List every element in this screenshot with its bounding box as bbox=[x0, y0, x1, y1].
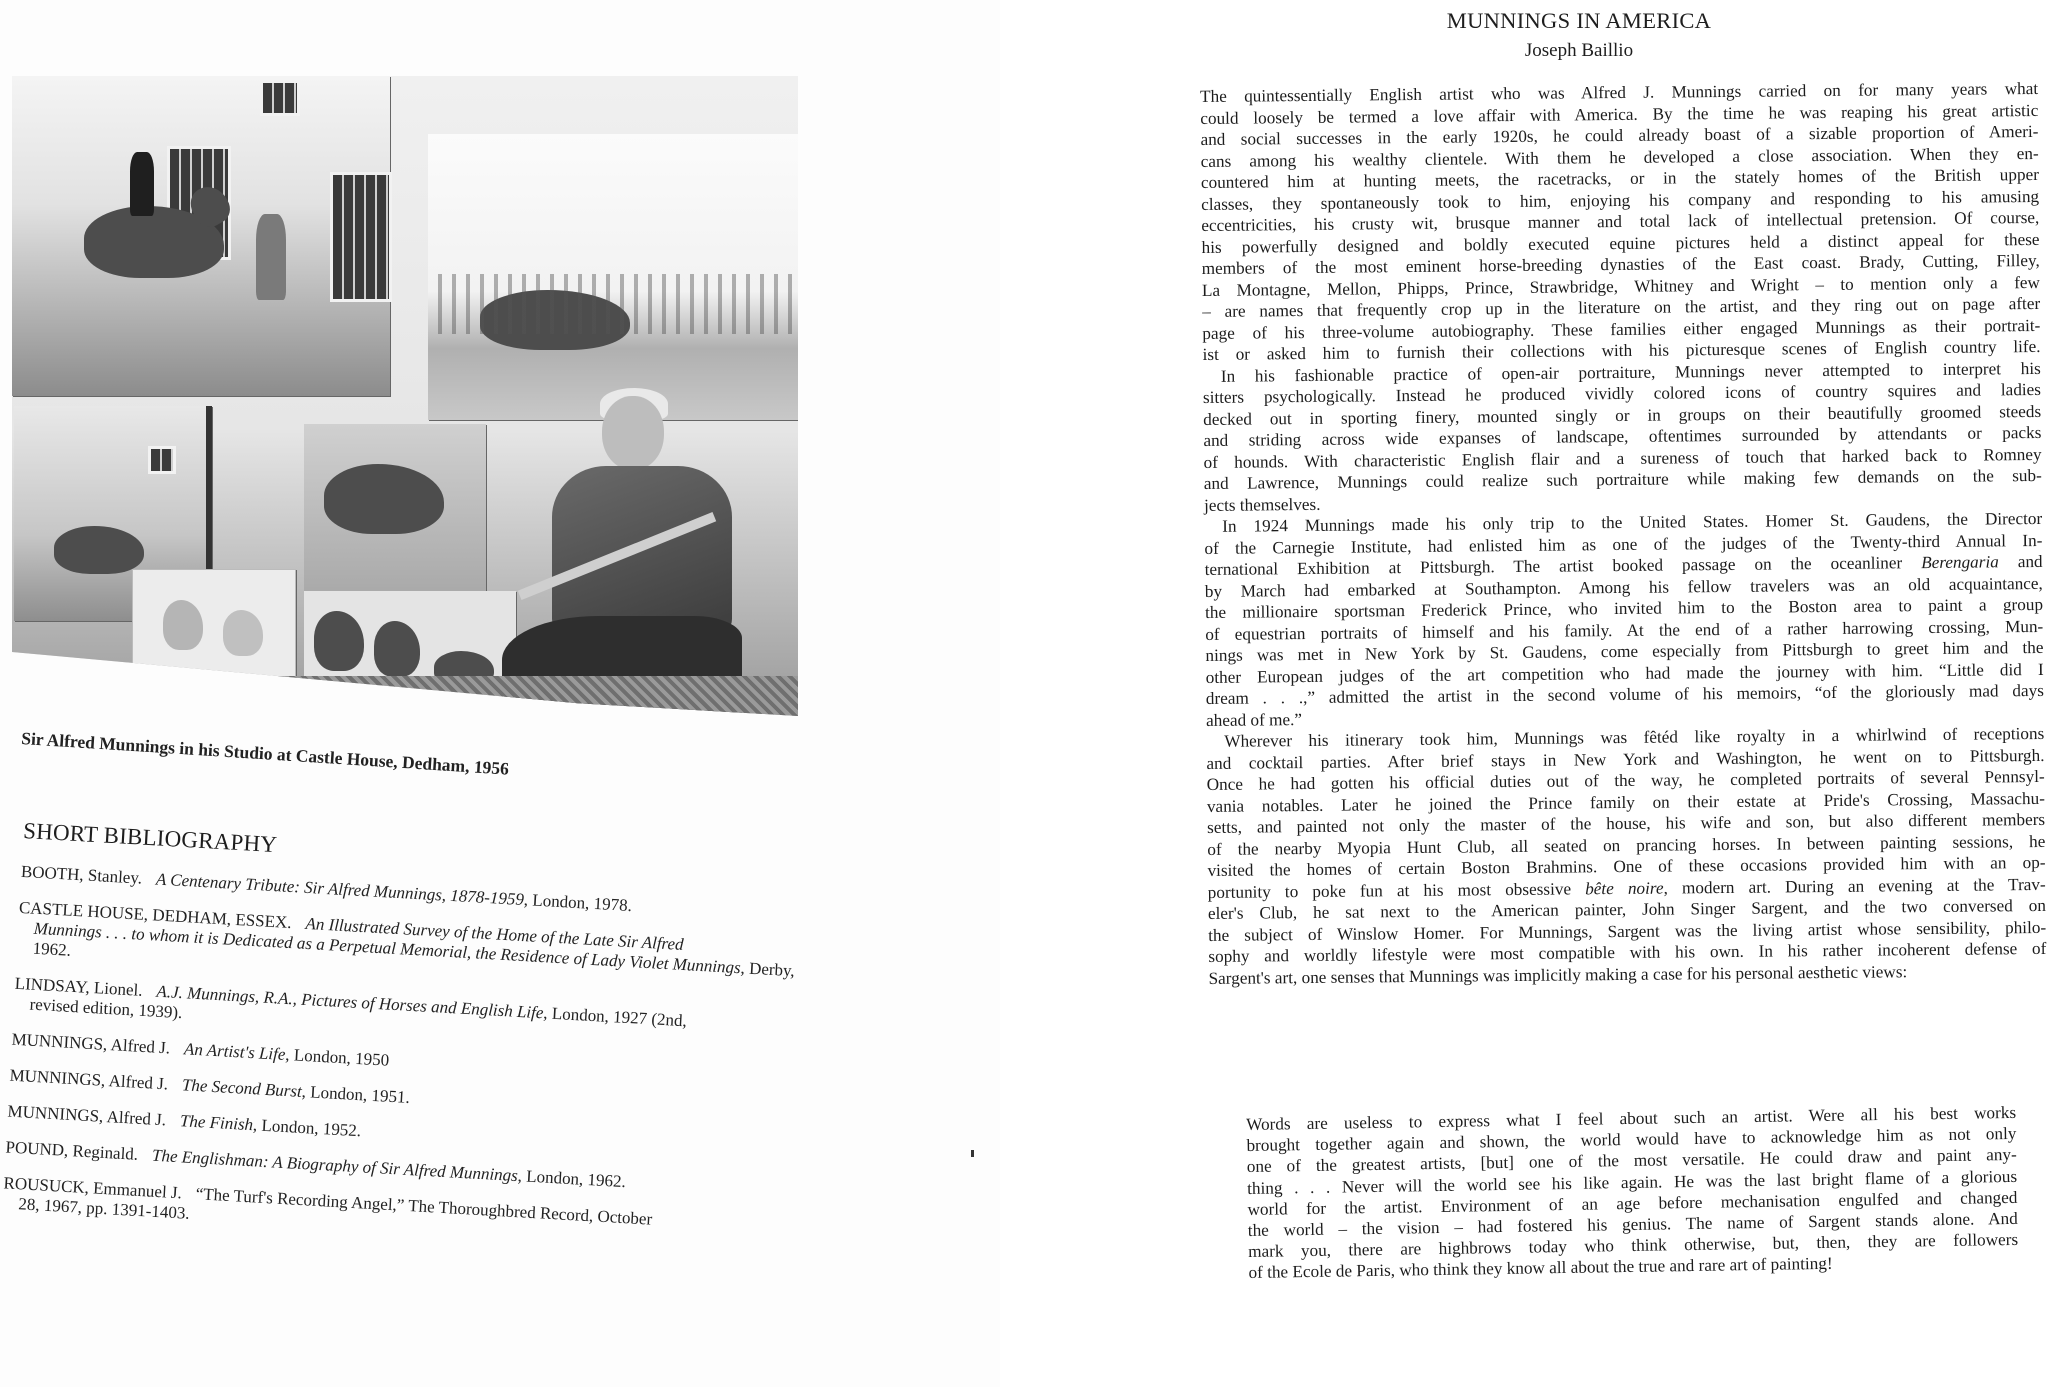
painted-groom bbox=[256, 214, 286, 300]
painted-horse bbox=[324, 464, 444, 534]
block-quote: Words are useless to express what I feel… bbox=[1246, 1102, 2019, 1284]
article-author: Joseph Baillio bbox=[1000, 40, 2048, 62]
entry-publication: , London, 1962. bbox=[517, 1166, 626, 1191]
figure-head bbox=[602, 396, 664, 470]
left-page: Sir Alfred Munnings in his Studio at Cas… bbox=[0, 0, 1000, 1387]
article-body: The quintessentially English artist who … bbox=[1200, 78, 2047, 989]
sketch-horse-heads bbox=[132, 569, 296, 699]
entry-author: MUNNINGS, Alfred J. bbox=[7, 1102, 166, 1130]
painted-window bbox=[260, 80, 300, 116]
studio-rug bbox=[12, 676, 798, 716]
entry-author: POUND, Reginald. bbox=[5, 1138, 139, 1164]
sketched-horse-head bbox=[223, 610, 263, 656]
entry-title: A Centenary Tribute: Sir Alfred Munnings… bbox=[155, 869, 524, 909]
sketched-horse-head bbox=[163, 600, 203, 650]
painted-window bbox=[330, 172, 392, 302]
book-spread: Sir Alfred Munnings in his Studio at Cas… bbox=[0, 0, 2048, 1387]
munnings-figure bbox=[482, 376, 782, 716]
entry-author: MUNNINGS, Alfred J. bbox=[11, 1030, 170, 1058]
photo-caption: Sir Alfred Munnings in his Studio at Cas… bbox=[21, 728, 510, 780]
painted-horse bbox=[54, 526, 144, 574]
entry-author: MUNNINGS, Alfred J. bbox=[9, 1066, 168, 1094]
painted-window bbox=[148, 446, 176, 474]
article-title: MUNNINGS IN AMERICA bbox=[1000, 8, 2048, 34]
right-page: MUNNINGS IN AMERICA Joseph Baillio The q… bbox=[1000, 0, 2048, 1387]
studio-photograph bbox=[12, 76, 798, 716]
entry-author: BOOTH, Stanley. bbox=[20, 862, 142, 888]
painted-crowd bbox=[428, 274, 798, 334]
entry-title: The Finish bbox=[179, 1111, 253, 1134]
entry-title: The Second Burst bbox=[181, 1075, 302, 1101]
entry-publication: , London, 1952. bbox=[253, 1115, 362, 1140]
painted-rider bbox=[130, 152, 154, 216]
sketched-horse bbox=[374, 621, 420, 677]
bibliography: SHORT BIBLIOGRAPHY BOOTH, Stanley.A Cent… bbox=[1, 818, 823, 1274]
entry-title: The Englishman: A Biography of Sir Alfre… bbox=[152, 1146, 519, 1185]
painting-rider-house bbox=[12, 76, 390, 396]
entry-publication: , London, 1950 bbox=[285, 1045, 390, 1070]
gutter-speck bbox=[971, 1150, 974, 1157]
painting-standing-horse bbox=[304, 424, 486, 599]
entry-publication: , London, 1951. bbox=[301, 1082, 410, 1107]
entry-publication: , London, 1978. bbox=[523, 890, 632, 915]
sketched-horse bbox=[314, 611, 364, 671]
entry-title: An Artist's Life bbox=[184, 1039, 286, 1064]
